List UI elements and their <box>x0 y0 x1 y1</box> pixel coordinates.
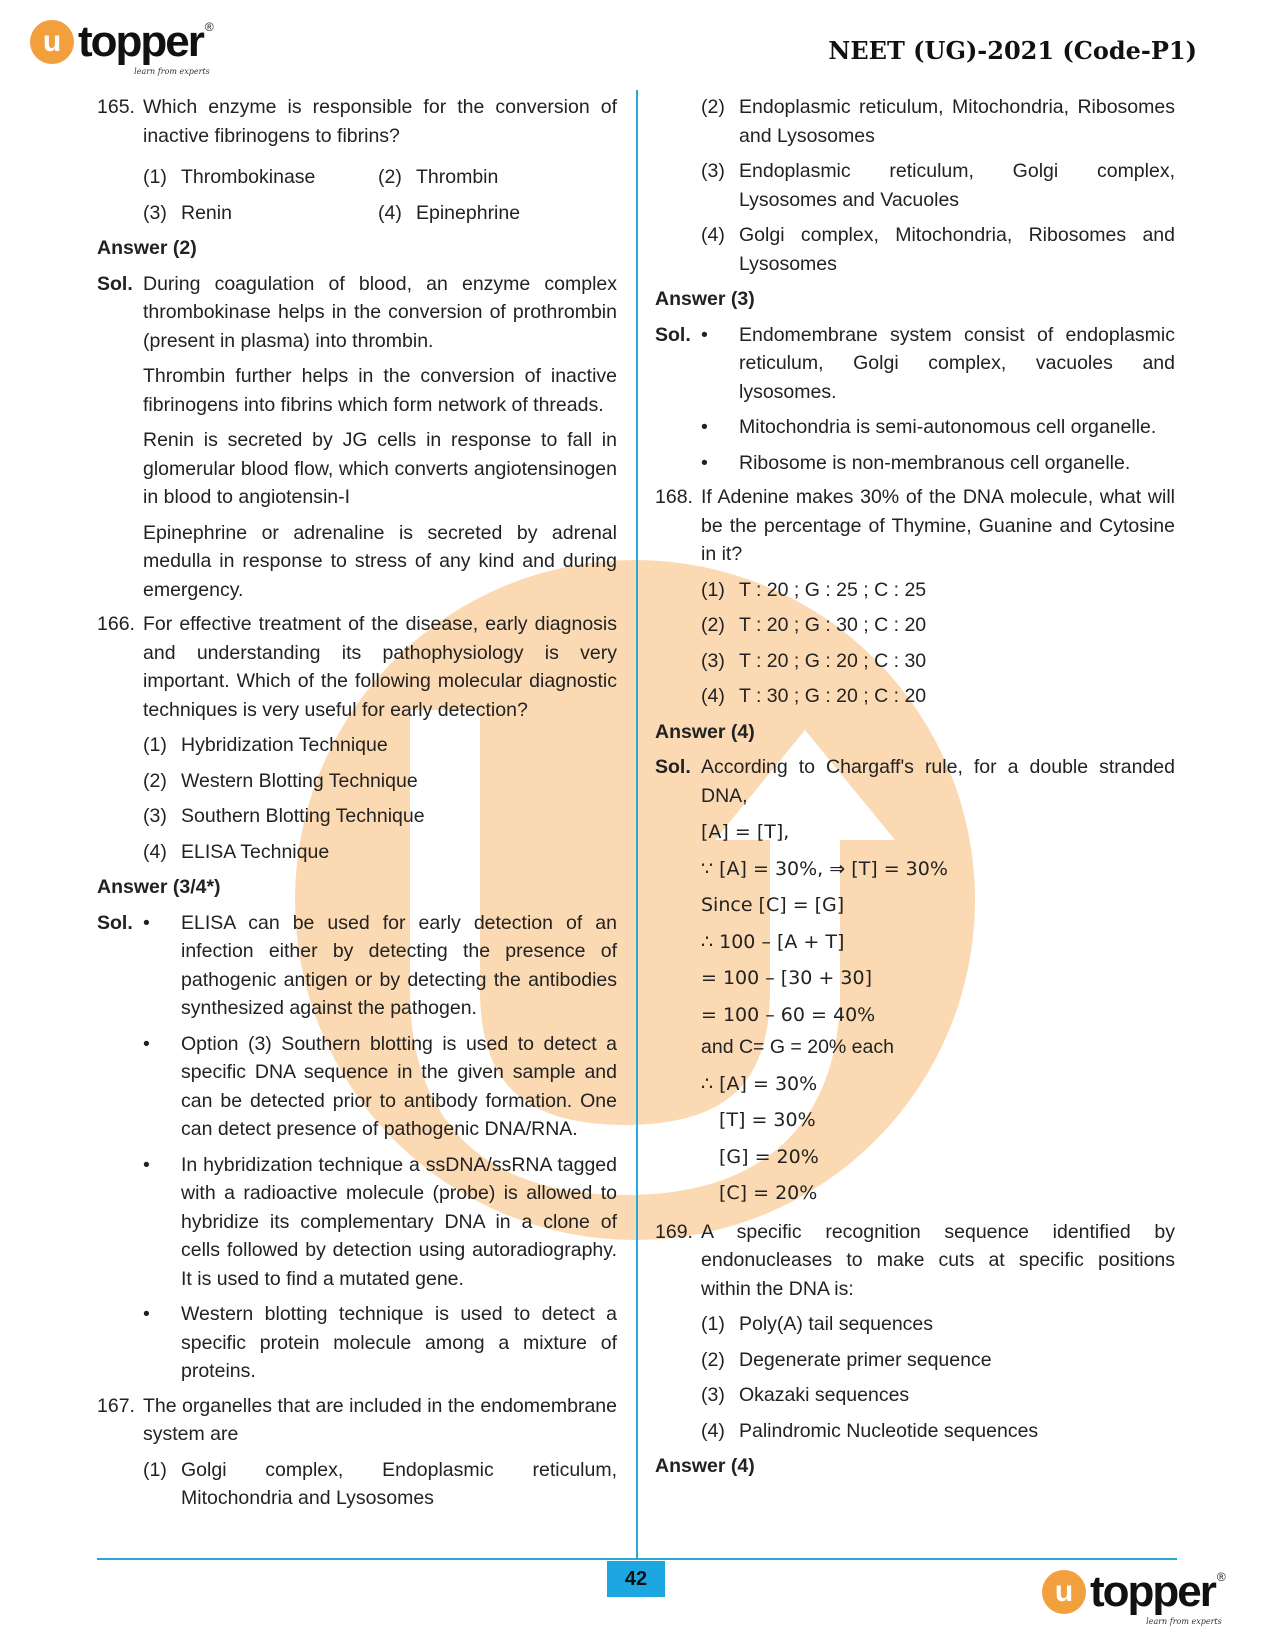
question-169: 169. A specific recognition sequence ide… <box>655 1218 1175 1304</box>
bullet-text: Mitochondria is semi-autonomous cell org… <box>739 413 1175 442</box>
option-number: (4) <box>701 1417 739 1446</box>
column-divider <box>636 90 638 1560</box>
option: (3)Okazaki sequences <box>701 1381 1175 1410</box>
option: (3)T : 20 ; G : 20 ; C : 30 <box>701 647 1175 676</box>
question-text: A specific recognition sequence identifi… <box>701 1218 1175 1304</box>
bullet-icon: • <box>143 909 181 1023</box>
answer-166: Answer (3/4*) <box>97 873 617 902</box>
solution-bullet: Sol. • Endomembrane system consist of en… <box>655 321 1175 407</box>
option-number: (1) <box>701 1310 739 1339</box>
exam-title: NEET (UG)-2021 (Code-P1) <box>828 36 1197 65</box>
right-column: (2)Endoplasmic reticulum, Mitochondria, … <box>655 93 1175 1481</box>
option-text: Southern Blotting Technique <box>181 802 617 831</box>
answer-168: Answer (4) <box>655 718 1175 747</box>
solution-bullet: • Western blotting technique is used to … <box>97 1300 617 1386</box>
topper-logo: u topper ® learn from experts <box>30 20 214 64</box>
option-number: (2) <box>701 611 739 640</box>
option: (4)Palindromic Nucleotide sequences <box>701 1417 1175 1446</box>
option-text: Endoplasmic reticulum, Golgi complex, Ly… <box>739 157 1175 214</box>
option-text: Poly(A) tail sequences <box>739 1310 1175 1339</box>
solution-165: Sol. During coagulation of blood, an enz… <box>97 270 617 605</box>
question-number: 167. <box>97 1392 143 1449</box>
option-text: Thrombin <box>416 163 617 192</box>
question-text: For effective treatment of the disease, … <box>143 610 617 724</box>
option-text: ELISA Technique <box>181 838 617 867</box>
option-number: (4) <box>701 682 739 711</box>
solution-paragraph: Thrombin further helps in the conversion… <box>143 362 617 419</box>
option: (4)ELISA Technique <box>143 838 617 867</box>
bullet-icon: • <box>701 449 739 478</box>
option: (2)Degenerate primer sequence <box>701 1346 1175 1375</box>
option-text: Degenerate primer sequence <box>739 1346 1175 1375</box>
topper-logo-mark-icon: u <box>30 20 74 64</box>
left-column: 165. Which enzyme is responsible for the… <box>97 93 617 1513</box>
math-line: [G] = 20% <box>701 1143 1175 1172</box>
question-number: 168. <box>655 483 701 569</box>
question-168: 168. If Adenine makes 30% of the DNA mol… <box>655 483 1175 569</box>
option-text: Hybridization Technique <box>181 731 617 760</box>
question-number: 169. <box>655 1218 701 1304</box>
math-line: ∴ 100 – [A + T] <box>701 928 1175 957</box>
math-line: [T] = 30% <box>701 1106 1175 1135</box>
option: (1)T : 20 ; G : 25 ; C : 25 <box>701 576 1175 605</box>
footer-divider <box>97 1558 1177 1560</box>
logo-wordmark: topper <box>1090 1570 1215 1614</box>
option-text: Renin <box>181 199 378 228</box>
registered-mark: ® <box>1217 1570 1226 1584</box>
option-text: T : 20 ; G : 20 ; C : 30 <box>739 647 1175 676</box>
option-number: (1) <box>143 163 181 192</box>
math-line: ∴ [A] = 30% <box>701 1070 1175 1099</box>
solution-bullet: • In hybridization technique a ssDNA/ssR… <box>97 1151 617 1294</box>
option-number: (1) <box>701 576 739 605</box>
option-number: (4) <box>701 221 739 278</box>
option-number: (4) <box>143 838 181 867</box>
option-number: (3) <box>701 647 739 676</box>
bullet-text: Endomembrane system consist of endoplasm… <box>739 321 1175 407</box>
option-text: Epinephrine <box>416 199 617 228</box>
bullet-text: Ribosome is non-membranous cell organell… <box>739 449 1175 478</box>
option: (2)Endoplasmic reticulum, Mitochondria, … <box>701 93 1175 150</box>
question-text: Which enzyme is responsible for the conv… <box>143 93 617 150</box>
solution-label: Sol. <box>97 270 143 605</box>
option-number: (3) <box>143 199 181 228</box>
question-166: 166. For effective treatment of the dise… <box>97 610 617 724</box>
option-text: Thrombokinase <box>181 163 378 192</box>
bullet-icon: • <box>701 413 739 442</box>
topper-logo-mark-icon: u <box>1042 1570 1086 1614</box>
option-text: Palindromic Nucleotide sequences <box>739 1417 1175 1446</box>
solution-bullet: Sol. • ELISA can be used for early detec… <box>97 909 617 1023</box>
solution-paragraph: Epinephrine or adrenaline is secreted by… <box>143 519 617 605</box>
option-number: (2) <box>378 163 416 192</box>
option-number: (2) <box>701 1346 739 1375</box>
bullet-text: ELISA can be used for early detection of… <box>181 909 617 1023</box>
option: (3)Southern Blotting Technique <box>143 802 617 831</box>
math-line: Since [C] = [G] <box>701 891 1175 920</box>
option-number: (4) <box>378 199 416 228</box>
logo-tagline: learn from experts <box>134 67 210 76</box>
option: (1)Poly(A) tail sequences <box>701 1310 1175 1339</box>
solution-math: [A] = [T], ∵ [A] = 30%, ⇒ [T] = 30% Sinc… <box>701 818 1175 1029</box>
option: (3)Endoplasmic reticulum, Golgi complex,… <box>701 157 1175 214</box>
solution-bullet: • Option (3) Southern blotting is used t… <box>97 1030 617 1144</box>
option-number: (3) <box>701 157 739 214</box>
option-text: T : 20 ; G : 30 ; C : 20 <box>739 611 1175 640</box>
math-line: [A] = [T], <box>701 818 1175 847</box>
math-line: = 100 – [30 + 30] <box>701 964 1175 993</box>
option-number: (3) <box>701 1381 739 1410</box>
solution-label: Sol. <box>655 321 691 407</box>
bullet-text: Western blotting technique is used to de… <box>181 1300 617 1386</box>
question-number: 166. <box>97 610 143 724</box>
bullet-icon: • <box>143 1300 181 1386</box>
question-text: The organelles that are included in the … <box>143 1392 617 1449</box>
solution-label: Sol. <box>97 909 133 1023</box>
option-number: (2) <box>143 767 181 796</box>
solution-result: ∴ [A] = 30% [T] = 30% [G] = 20% [C] = 20… <box>701 1070 1175 1208</box>
option: (1)Thrombokinase <box>143 163 378 192</box>
solution-note: and C= G = 20% each <box>701 1033 1175 1062</box>
option: (4)Epinephrine <box>378 199 617 228</box>
solution-paragraph: Renin is secreted by JG cells in respons… <box>143 426 617 512</box>
math-line: [C] = 20% <box>701 1179 1175 1208</box>
bullet-text: Option (3) Southern blotting is used to … <box>181 1030 617 1144</box>
solution-intro: According to Chargaff's rule, for a doub… <box>701 753 1175 810</box>
option: (2)Thrombin <box>378 163 617 192</box>
answer-169: Answer (4) <box>655 1452 1175 1481</box>
logo-tagline: learn from experts <box>1146 1617 1222 1626</box>
option: (3)Renin <box>143 199 378 228</box>
option: (4)T : 30 ; G : 20 ; C : 20 <box>701 682 1175 711</box>
option-number: (2) <box>701 93 739 150</box>
option-number: (1) <box>143 731 181 760</box>
option-text: T : 30 ; G : 20 ; C : 20 <box>739 682 1175 711</box>
option-text: T : 20 ; G : 25 ; C : 25 <box>739 576 1175 605</box>
solution-168: Sol. According to Chargaff's rule, for a… <box>655 753 1175 810</box>
question-number: 165. <box>97 93 143 150</box>
option: (2)T : 20 ; G : 30 ; C : 20 <box>701 611 1175 640</box>
options-165: (1)Thrombokinase (2)Thrombin (3)Renin (4… <box>143 156 617 227</box>
option-number: (3) <box>143 802 181 831</box>
option-text: Okazaki sequences <box>739 1381 1175 1410</box>
option: (2)Western Blotting Technique <box>143 767 617 796</box>
option: (1)Hybridization Technique <box>143 731 617 760</box>
question-165: 165. Which enzyme is responsible for the… <box>97 93 617 150</box>
registered-mark: ® <box>205 20 214 34</box>
page-number: 42 <box>607 1561 665 1597</box>
solution-bullet: • Ribosome is non-membranous cell organe… <box>655 449 1175 478</box>
footer-topper-logo: u topper ® learn from experts <box>1042 1570 1226 1614</box>
option: (1)Golgi complex, Endoplasmic reticulum,… <box>143 1456 617 1513</box>
option-text: Endoplasmic reticulum, Mitochondria, Rib… <box>739 93 1175 150</box>
answer-167: Answer (3) <box>655 285 1175 314</box>
solution-paragraph: During coagulation of blood, an enzyme c… <box>143 270 617 356</box>
option-text: Golgi complex, Endoplasmic reticulum, Mi… <box>181 1456 617 1513</box>
bullet-icon: • <box>143 1151 181 1294</box>
question-text: If Adenine makes 30% of the DNA molecule… <box>701 483 1175 569</box>
bullet-text: In hybridization technique a ssDNA/ssRNA… <box>181 1151 617 1294</box>
bullet-icon: • <box>701 321 739 407</box>
question-167: 167. The organelles that are included in… <box>97 1392 617 1449</box>
bullet-icon: • <box>143 1030 181 1144</box>
math-line: = 100 – 60 = 40% <box>701 1001 1175 1030</box>
solution-bullet: • Mitochondria is semi-autonomous cell o… <box>655 413 1175 442</box>
solution-label: Sol. <box>655 753 701 810</box>
option-text: Golgi complex, Mitochondria, Ribosomes a… <box>739 221 1175 278</box>
logo-wordmark: topper <box>78 20 203 64</box>
option: (4)Golgi complex, Mitochondria, Ribosome… <box>701 221 1175 278</box>
answer-165: Answer (2) <box>97 234 617 263</box>
option-text: Western Blotting Technique <box>181 767 617 796</box>
option-number: (1) <box>143 1456 181 1513</box>
math-line: ∵ [A] = 30%, ⇒ [T] = 30% <box>701 855 1175 884</box>
